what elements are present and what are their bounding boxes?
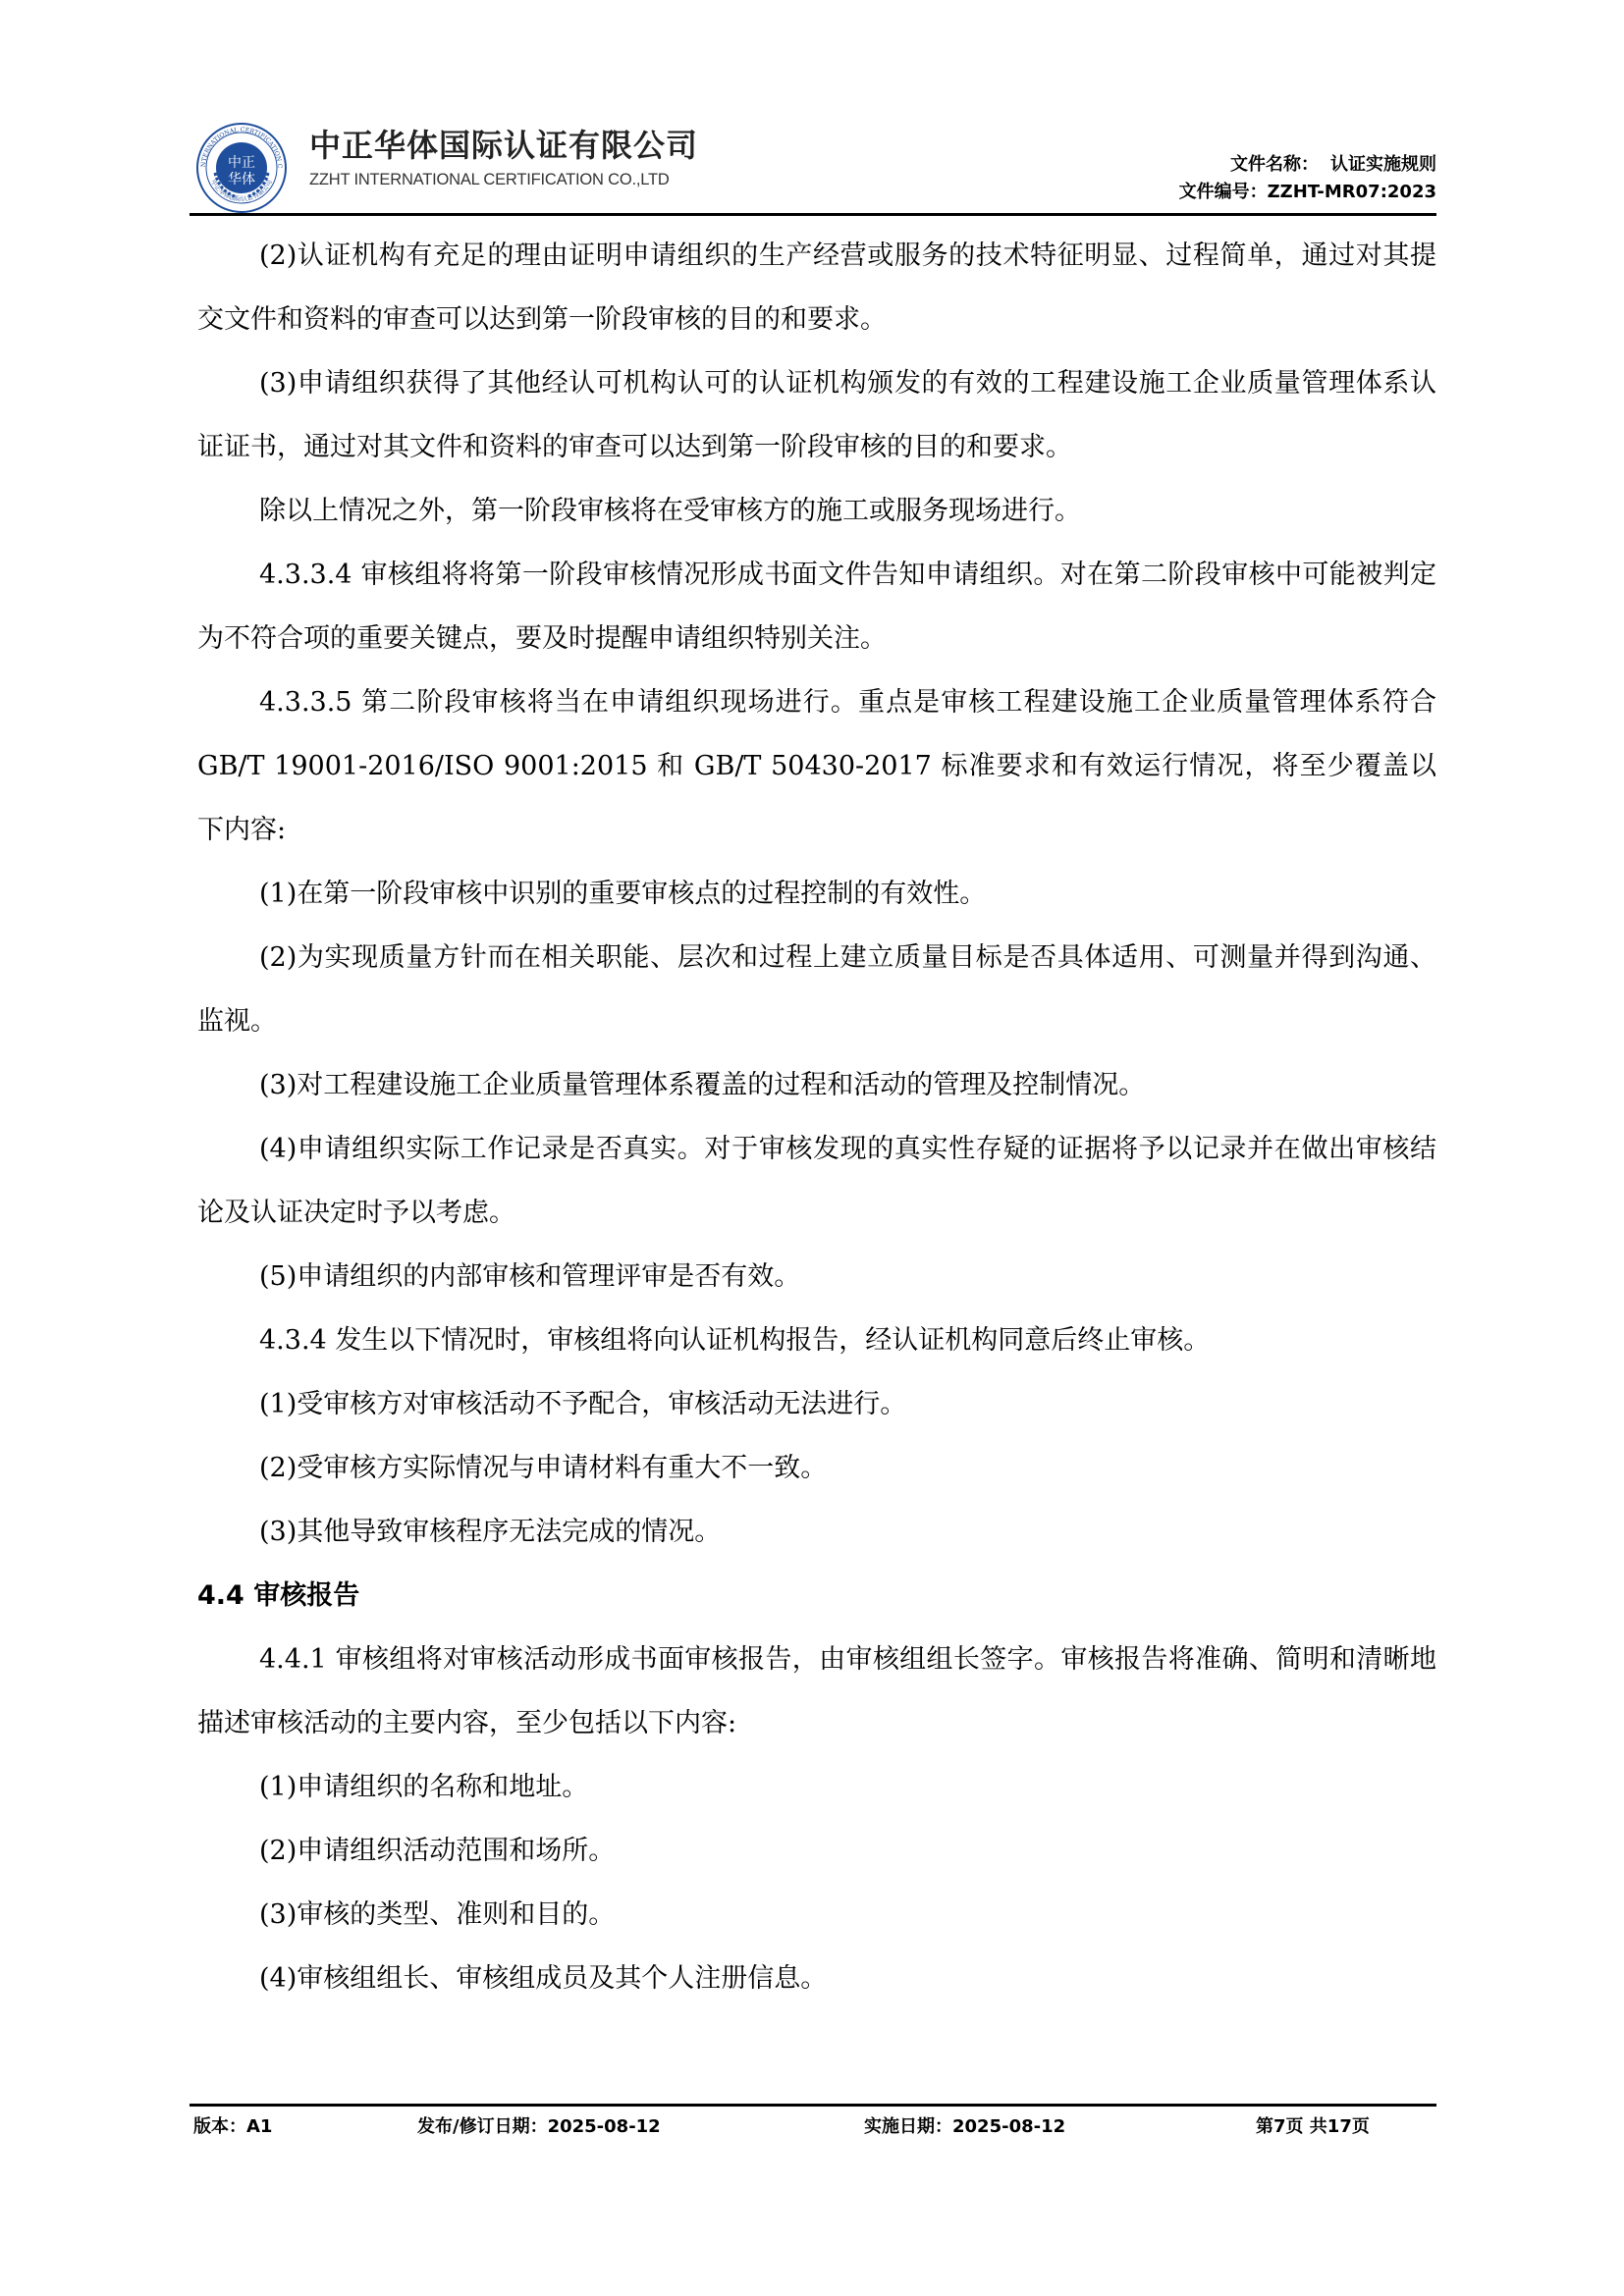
page-number-label: 第7页 共17页 — [1256, 2114, 1370, 2140]
section-heading: 4.4 审核报告 — [197, 1564, 1436, 1628]
document-info: 文件名称：认证实施规则 文件编号：ZZHT-MR07:2023 — [1179, 151, 1436, 206]
list-item: (3)其他导致审核程序无法完成的情况。 — [197, 1500, 1436, 1564]
list-item: (5)申请组织的内部审核和管理评审是否有效。 — [197, 1245, 1436, 1308]
certification-seal-icon: 中正 华体 ZZHT INTERNATIONAL CERTIFICATION C… — [195, 122, 288, 214]
paragraph: 4.3.3.4 审核组将将第一阶段审核情况形成书面文件告知申请组织。对在第二阶段… — [197, 543, 1436, 670]
svg-text:华体: 华体 — [228, 171, 255, 187]
company-name-cn: 中正华体国际认证有限公司 — [309, 126, 698, 165]
list-item: (3)对工程建设施工企业质量管理体系覆盖的过程和活动的管理及控制情况。 — [197, 1053, 1436, 1117]
paragraph: 4.3.4 发生以下情况时，审核组将向认证机构报告，经认证机构同意后终止审核。 — [197, 1308, 1436, 1372]
list-item: (3)审核的类型、准则和目的。 — [197, 1883, 1436, 1947]
list-item: (4)申请组织实际工作记录是否真实。对于审核发现的真实性存疑的证据将予以记录并在… — [197, 1117, 1436, 1245]
paragraph: 4.4.1 审核组将对审核活动形成书面审核报告，由审核组组长签字。审核报告将准确… — [197, 1628, 1436, 1755]
paragraph: (3)申请组织获得了其他经认可机构认可的认证机构颁发的有效的工程建设施工企业质量… — [197, 351, 1436, 479]
list-item: (2)申请组织活动范围和场所。 — [197, 1819, 1436, 1883]
list-item: (2)受审核方实际情况与申请材料有重大不一致。 — [197, 1436, 1436, 1500]
page-header: 中正 华体 ZZHT INTERNATIONAL CERTIFICATION C… — [189, 116, 1436, 216]
paragraph: 除以上情况之外，第一阶段审核将在受审核方的施工或服务现场进行。 — [197, 479, 1436, 543]
svg-text:中正: 中正 — [228, 154, 255, 171]
document-name-label: 文件名称： — [1230, 154, 1319, 175]
effective-date-label: 实施日期：2025-08-12 — [864, 2114, 1065, 2140]
document-number-label: 文件编号： — [1179, 182, 1268, 202]
version-label: 版本：A1 — [193, 2114, 272, 2140]
company-name-en: ZZHT INTERNATIONAL CERTIFICATION CO.,LTD — [309, 169, 698, 190]
list-item: (2)为实现质量方针而在相关职能、层次和过程上建立质量目标是否具体适用、可测量并… — [197, 926, 1436, 1053]
list-item: (1)申请组织的名称和地址。 — [197, 1755, 1436, 1819]
document-number-value: ZZHT-MR07:2023 — [1268, 182, 1436, 202]
page-footer: 版本：A1 发布/修订日期：2025-08-12 实施日期：2025-08-12… — [193, 2114, 1440, 2144]
issue-date-label: 发布/修订日期：2025-08-12 — [417, 2114, 661, 2140]
company-logo-icon: 中正 华体 ZZHT INTERNATIONAL CERTIFICATION C… — [195, 122, 288, 214]
document-name-row: 文件名称：认证实施规则 — [1179, 151, 1436, 179]
document-number-row: 文件编号：ZZHT-MR07:2023 — [1179, 179, 1436, 206]
list-item: (1)受审核方对审核活动不予配合，审核活动无法进行。 — [197, 1372, 1436, 1436]
company-name-block: 中正华体国际认证有限公司 ZZHT INTERNATIONAL CERTIFIC… — [309, 126, 698, 190]
paragraph: 4.3.3.5 第二阶段审核将当在申请组织现场进行。重点是审核工程建设施工企业质… — [197, 670, 1436, 862]
footer-divider — [189, 2104, 1436, 2107]
document-name-value: 认证实施规则 — [1330, 154, 1436, 175]
paragraph: (2)认证机构有充足的理由证明申请组织的生产经营或服务的技术特征明显、过程简单，… — [197, 224, 1436, 351]
header-divider — [189, 213, 1436, 216]
document-body: (2)认证机构有充足的理由证明申请组织的生产经营或服务的技术特征明显、过程简单，… — [197, 224, 1436, 2010]
list-item: (1)在第一阶段审核中识别的重要审核点的过程控制的有效性。 — [197, 862, 1436, 926]
list-item: (4)审核组组长、审核组成员及其个人注册信息。 — [197, 1947, 1436, 2010]
